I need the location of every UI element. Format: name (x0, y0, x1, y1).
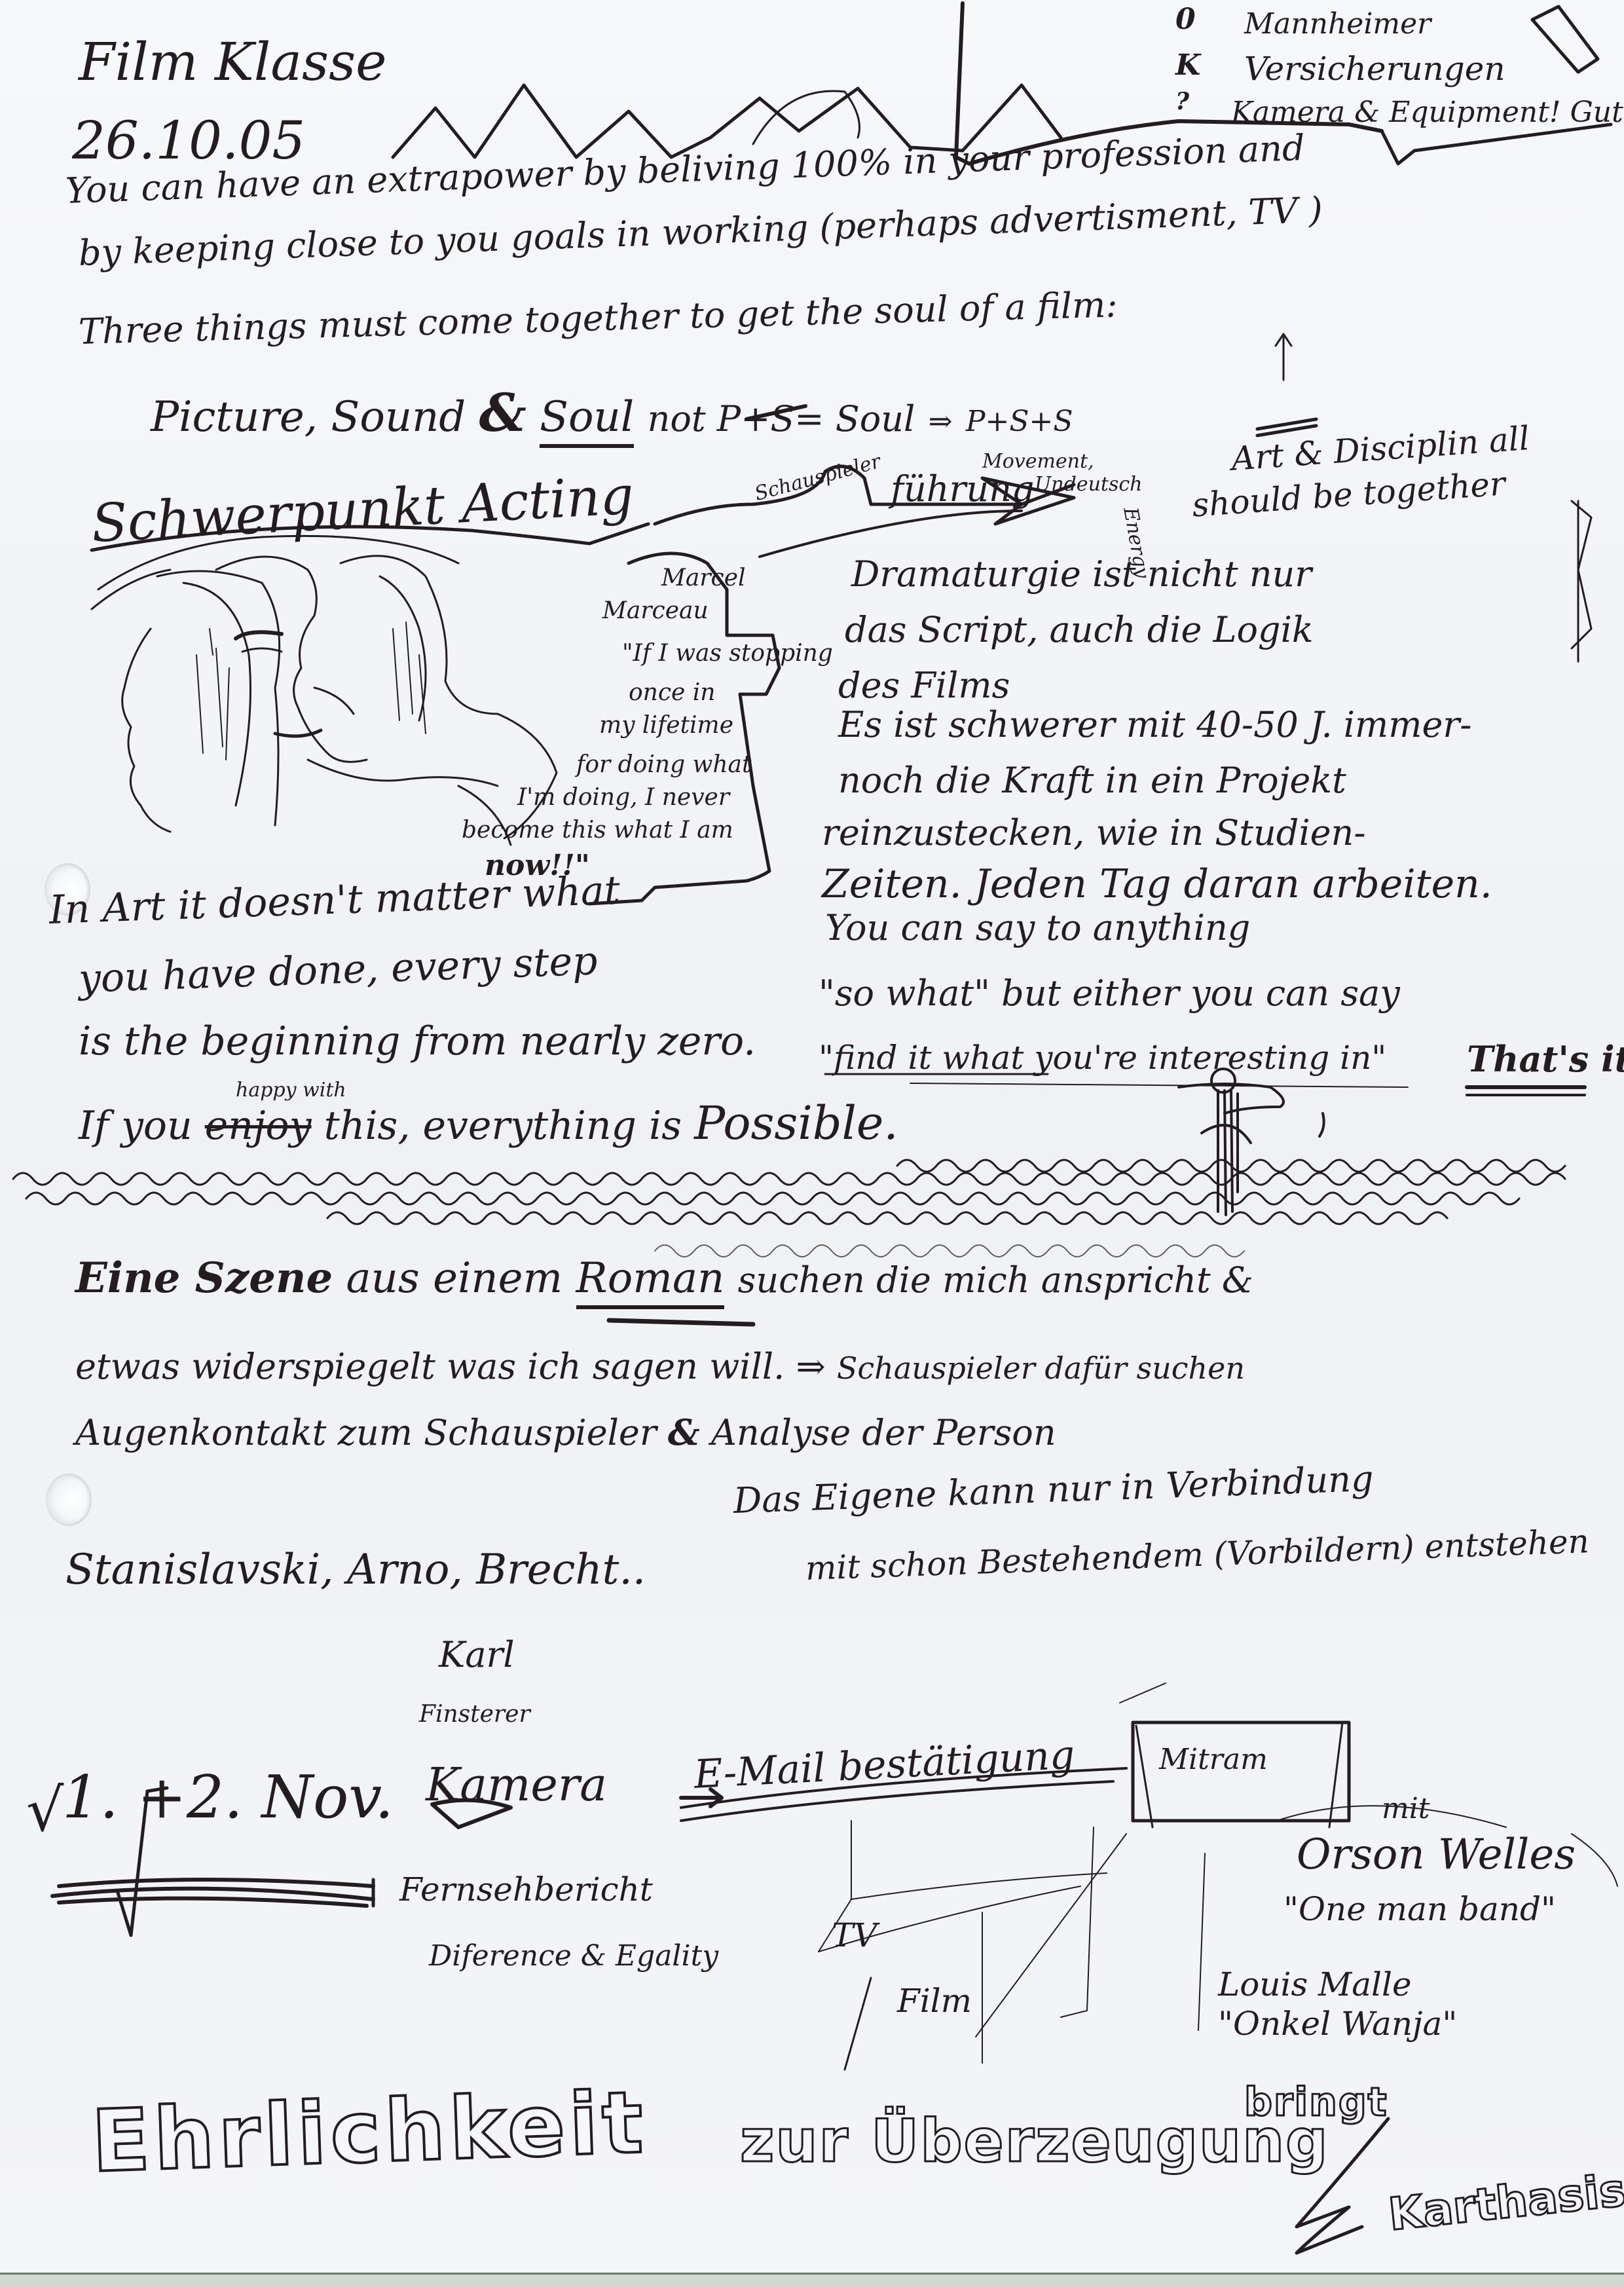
szene-line-1: Eine Szene aus einem Roman suchen die mi… (75, 1257, 1253, 1299)
quote-author-last: Marceau (602, 599, 709, 623)
art-line-4a: If you (79, 1103, 193, 1149)
formula-sound: Sound (331, 393, 466, 441)
page-title: Film Klasse (79, 36, 386, 88)
nov-kamera: Kamera (426, 1762, 607, 1808)
szene-roman: Roman (576, 1254, 725, 1309)
nov-name-karl: Karl (439, 1637, 515, 1673)
art-line-4: If you enjoy this, everything is Possibl… (79, 1100, 898, 1146)
nov-difference-egality: Diference & Egality (429, 1942, 718, 1971)
nov-fernsehbericht: Fernsehbericht (399, 1873, 653, 1906)
dramaturgie-line-4: Es ist schwerer mit 40-50 J. immer- (838, 707, 1471, 743)
nov-date: 1. +2. Nov. (62, 1768, 394, 1827)
szene-line-1-end: suchen die mich anspricht & (738, 1259, 1253, 1301)
formula-line: Picture, Sound & Soul not P+S= Soul ⇒ P+… (151, 386, 1073, 439)
acting-branch-undeutsch: Undeutsch (1035, 475, 1142, 494)
page-date: 26.10.05 (72, 115, 305, 167)
szene-augenkontakt: Augenkontakt zum Schauspieler (75, 1412, 657, 1453)
art-line-4-struck: enjoy (205, 1103, 312, 1149)
szene-names: Stanislavski, Arno, Brecht.. (65, 1549, 646, 1591)
szene-line-2-end: Schauspieler dafür suchen (837, 1350, 1245, 1386)
szene-aus-einem: aus einem (346, 1254, 563, 1303)
szene-eine-szene: Eine Szene (75, 1254, 333, 1303)
dramaturgie-line-3: des Films (838, 668, 1010, 703)
formula-result: P+S+S (966, 405, 1073, 438)
quote-line-4: for doing what (576, 753, 752, 777)
formula-ampersand: & (479, 382, 526, 443)
nov-name-finsterer: Finsterer (419, 1703, 530, 1726)
szene-analyse: Analyse der Person (711, 1412, 1056, 1453)
check-mark-question: ? (1175, 91, 1200, 112)
nov-tv: TV (832, 1919, 877, 1952)
you-can-say-line-2: "so what" but either you can say (819, 976, 1400, 1011)
quote-line-6: become this what I am (462, 819, 733, 842)
nov-film: Film (897, 1984, 972, 2017)
nov-box-label: Mitram (1159, 1745, 1268, 1774)
nov-onkel-wanja: "Onkel Wanja" (1218, 2007, 1457, 2040)
dramaturgie-line-1: Dramaturgie ist nicht nur (851, 557, 1312, 592)
two-faces-sketch (92, 536, 557, 845)
quote-line-3: my lifetime (599, 714, 733, 737)
you-can-say-line-3a: "find it what you're interesting in" (819, 1041, 1386, 1074)
art-insert-happy-with: happy with (236, 1081, 346, 1100)
szene-amp: & (668, 1411, 700, 1453)
nov-check-mark: √ (26, 1781, 64, 1840)
dramaturgie-line-5: noch die Kraft in ein Projekt (838, 763, 1346, 798)
header-note-line-1: Mannheimer (1244, 10, 1431, 39)
check-mark-0: 0 (1175, 7, 1200, 33)
header-note-line-2: Versicherungen (1244, 52, 1505, 85)
formula-picture: Picture, (151, 393, 318, 441)
quote-author-first: Marcel (661, 567, 746, 590)
nov-louis-malle: Louis Malle (1218, 1968, 1412, 2001)
art-line-4b: this, everything is (324, 1103, 682, 1149)
footer-word-ehrlichkeit: Ehrlichkeit (90, 2079, 648, 2184)
nov-orson-welles: Orson Welles (1297, 1834, 1576, 1876)
formula-not-equal: not P+S= Soul (648, 398, 915, 439)
formula-arrow: ⇒ (929, 405, 953, 438)
nov-mit: mit (1382, 1794, 1430, 1823)
szene-arrow: ⇒ (796, 1346, 825, 1387)
checklist-marks: 0 K ? (1175, 7, 1200, 113)
quote-line-1: "If I was stopping (622, 642, 833, 665)
footer-word-ueberzeugung: zur Überzeugung (740, 2112, 1329, 2171)
dramaturgie-line-6: reinzustecken, wie in Studien- (822, 815, 1366, 851)
szene-line-2: etwas widerspiegelt was ich sagen will. … (75, 1349, 1245, 1385)
nov-one-man-band: "One man band" (1283, 1893, 1556, 1925)
formula-soul: Soul (540, 393, 634, 448)
acting-branch-movement: Movement, (982, 452, 1094, 472)
quote-line-5: I'm doing, I never (517, 786, 729, 809)
check-mark-k: K (1175, 52, 1200, 79)
dramaturgie-line-2: das Script, auch die Logik (845, 612, 1314, 648)
szene-line-2-text: etwas widerspiegelt was ich sagen will. (75, 1346, 784, 1387)
art-line-4c: Possible. (694, 1096, 898, 1150)
quote-line-2: once in (629, 681, 715, 705)
header-note-line-3: Kamera & Equipment! Gut! (1231, 98, 1624, 127)
you-can-say-line-1: You can say to anything (825, 910, 1250, 946)
acting-branch-fuehrung: führung (891, 472, 1034, 507)
wave-lines (13, 1160, 1565, 1257)
art-line-3: is the beginning from nearly zero. (79, 1022, 756, 1061)
footer-word-bringt: bringt (1244, 2083, 1388, 2122)
dramaturgie-line-7: Zeiten. Jeden Tag daran arbeiten. (822, 865, 1492, 904)
you-can-say-thats-it: That's it (1467, 1041, 1624, 1077)
szene-line-3: Augenkontakt zum Schauspieler & Analyse … (75, 1415, 1056, 1451)
